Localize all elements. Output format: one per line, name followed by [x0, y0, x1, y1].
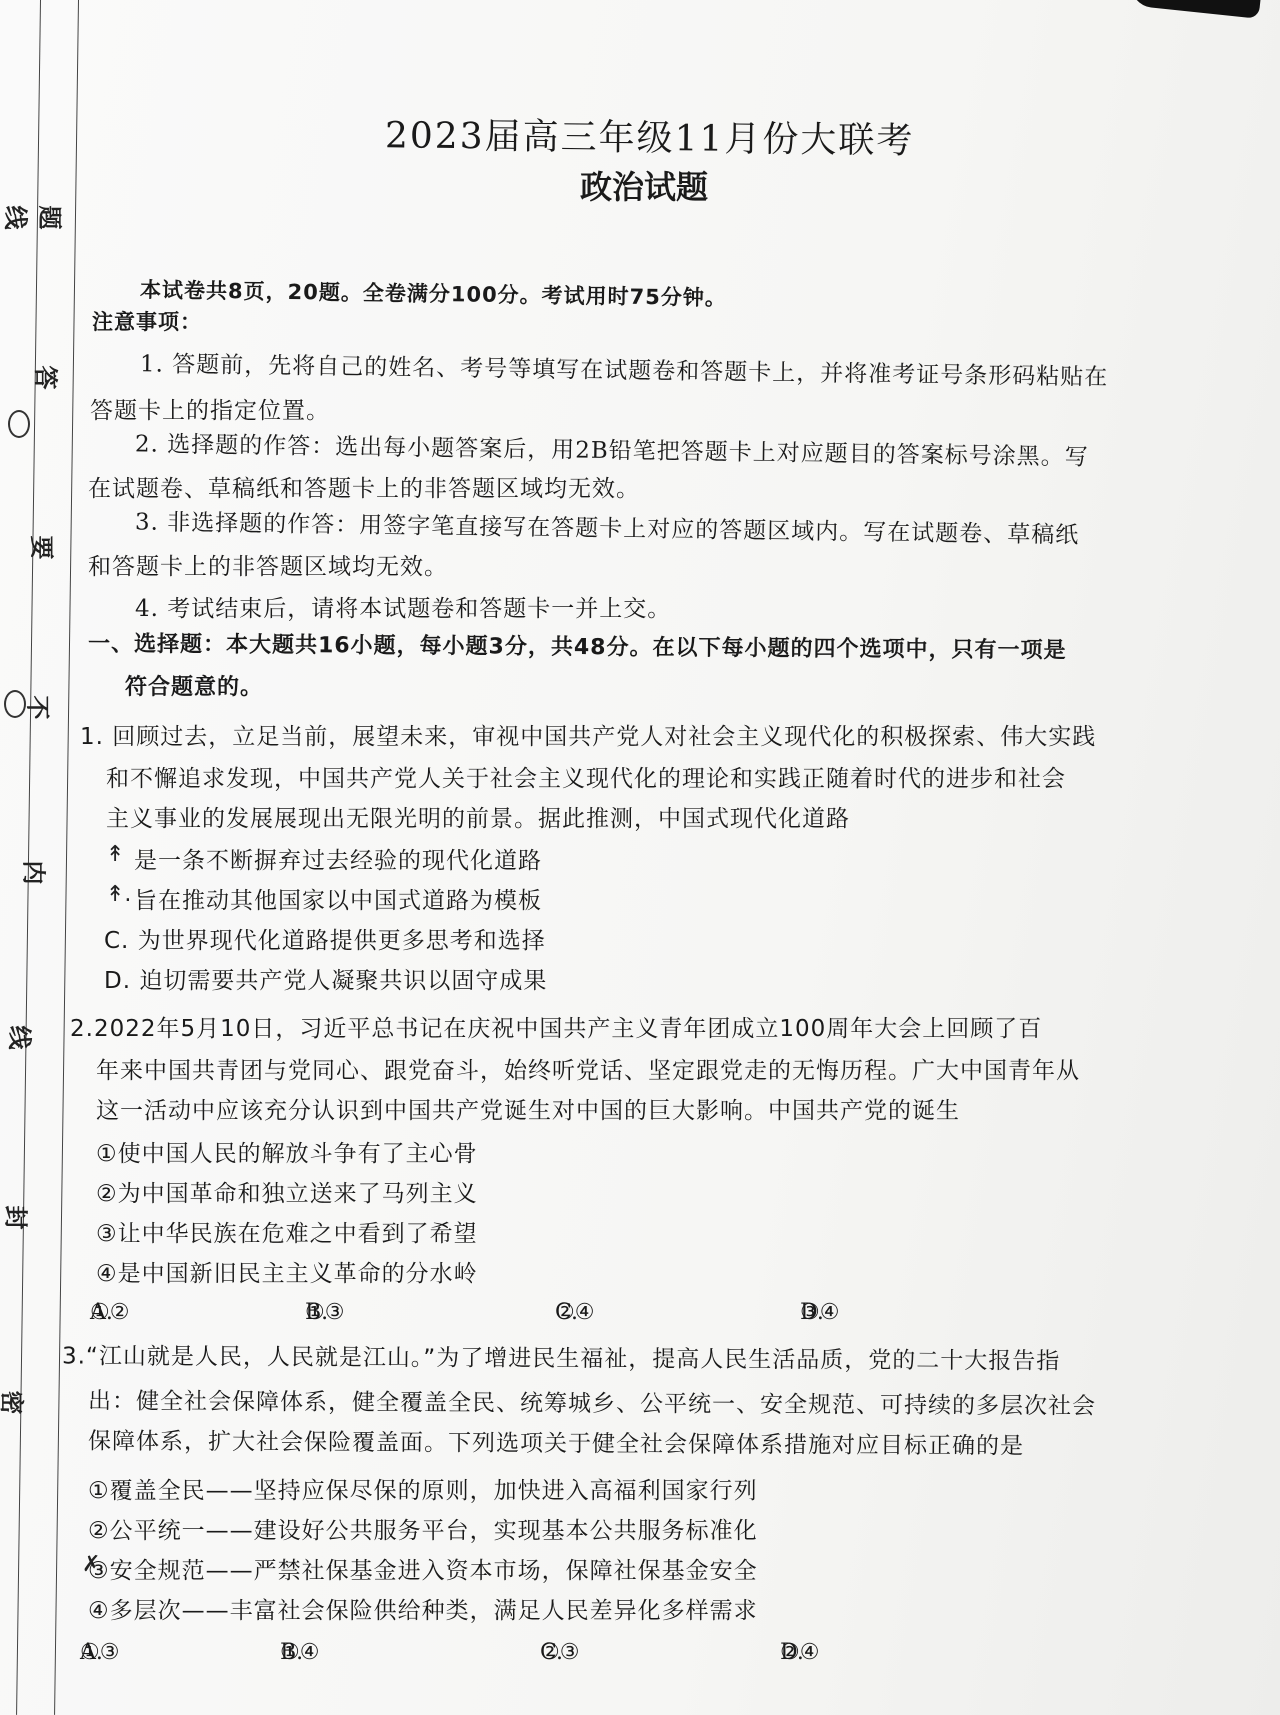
notice-item-3-cont: 和答题卡上的非答题区域均无效。: [88, 548, 448, 581]
q3-stem-line: 保障体系，扩大社会保险覆盖面。下列选项关于健全社会保障体系措施对应目标正确的是: [88, 1423, 1024, 1461]
choice-value: ②③: [540, 1640, 579, 1665]
section-heading: 一、选择题：本大题共16小题，每小题3分，共48分。在以下每小题的四个选项中，只…: [88, 627, 1067, 665]
q2-stem-line: 年来中国共青团与党同心、跟党奋斗，始终听党话、坚定跟党走的无悔历程。广大中国青年…: [96, 1052, 1080, 1085]
choice-value: ①②: [90, 1300, 129, 1325]
choice-value: ②④: [555, 1300, 594, 1325]
option-label: C.: [104, 928, 129, 954]
q3-stem-line: 出：健全社会保障体系，健全覆盖全民、统筹城乡、公平统一、安全规范、可持续的多层次…: [88, 1382, 1096, 1420]
binding-line-inner: [54, 0, 79, 1715]
q2-statement: ①使中国人民的解放斗争有了主心骨: [96, 1135, 478, 1168]
q1-option-c[interactable]: C. 为世界现代化道路提供更多思考和选择: [104, 922, 546, 955]
q1-option-a[interactable]: 是一条不断摒弃过去经验的现代化道路: [134, 842, 542, 875]
choice-value: ②④: [780, 1640, 819, 1665]
q2-statement: ②为中国革命和独立送来了马列主义: [96, 1175, 478, 1208]
q2-statement: ③让中华民族在危难之中看到了希望: [96, 1215, 478, 1248]
exam-meta: 本试卷共8页，20题。全卷满分100分。考试用时75分钟。: [140, 274, 727, 312]
photo-corner-shadow: [1129, 0, 1261, 19]
q1-stem-line: 主义事业的发展展现出无限光明的前景。据此推测，中国式现代化道路: [106, 800, 850, 833]
binding-inner-char: 内: [19, 861, 54, 885]
notice-item-4: 4. 考试结束后，请将本试题卷和答题卡一并上交。: [135, 590, 671, 623]
option-text: 迫切需要共产党人凝聚共识以固守成果: [139, 968, 547, 994]
q3-statement: ④多层次——丰富社会保险供给种类，满足人民差异化多样需求: [88, 1592, 758, 1625]
binding-inner-char: 不: [23, 696, 58, 720]
notice-item-1: 1. 答题前，先将自己的姓名、考号等填写在试题卷和答题卡上，并将准考证号条形码粘…: [140, 345, 1109, 392]
choice-value: ①③: [80, 1640, 119, 1665]
notice-item-2: 2. 选择题的作答：选出每小题答案后，用2B铅笔把答题卡上对应题目的答案标号涂黑…: [135, 425, 1089, 471]
exam-page: 线 题 答 要 不 内 线 封 密 2023届高三年级11月份大联考 政治试题 …: [0, 0, 1280, 1715]
binding-inner-char: 答: [31, 366, 66, 390]
pencil-strike-mark: ↟.: [106, 882, 131, 907]
binding-outer-char: 线: [1, 206, 36, 230]
notice-item-1-cont: 答题卡上的指定位置。: [90, 392, 330, 425]
binding-inner-char: 封: [1, 1206, 36, 1230]
binding-inner-char: 要: [27, 536, 62, 560]
pencil-strike-mark: ↟: [106, 842, 124, 867]
notice-item-3: 3. 非选择题的作答：用签字笔直接写在答题卡上对应的答题区域内。写在试题卷、草稿…: [135, 503, 1080, 549]
choice-value: ①④: [280, 1640, 319, 1665]
binding-line-outer: [16, 0, 41, 1715]
q1-stem-line: 和不懈追求发现，中国共产党人关于社会主义现代化的理论和实践正随着时代的进步和社会: [106, 760, 1066, 793]
choice-value: ①③: [305, 1300, 344, 1325]
section-heading-cont: 符合题意的。: [125, 670, 263, 701]
q3-choices: A.①③ B.①④ C.②③ D.②④: [80, 1640, 1080, 1670]
binding-strip: 线 题 答 要 不 内 线 封 密: [0, 0, 88, 1715]
q1-option-d[interactable]: D. 迫切需要共产党人凝聚共识以固守成果: [104, 962, 547, 995]
q3-statement: ②公平统一——建设好公共服务平台，实现基本公共服务标准化: [88, 1512, 758, 1545]
choice-value: ③④: [800, 1300, 839, 1325]
q2-stem-line: 2.2022年5月10日，习近平总书记在庆祝中国共产主义青年团成立100周年大会…: [70, 1010, 1042, 1043]
q3-stem-line: 3.“江山就是人民，人民就是江山。”为了增进民生福祉，提高人民生活品质，党的二十…: [62, 1337, 1060, 1375]
q2-choices: A.①② B.①③ C.②④ D.③④: [90, 1300, 1090, 1330]
binding-hole-circle: [8, 410, 30, 438]
q1-option-b[interactable]: 旨在推动其他国家以中国式道路为模板: [134, 882, 542, 915]
option-label: D.: [104, 968, 131, 994]
binding-inner-char: 密: [0, 1391, 32, 1415]
q2-stem-line: 这一活动中应该充分认识到中国共产党诞生对中国的巨大影响。中国共产党的诞生: [96, 1092, 960, 1125]
q3-statement: ①覆盖全民——坚持应保尽保的原则，加快进入高福利国家行列: [88, 1472, 758, 1505]
q2-statement: ④是中国新旧民主主义革命的分水岭: [96, 1255, 478, 1288]
notice-item-2-cont: 在试题卷、草稿纸和答题卡上的非答题区域均无效。: [88, 470, 640, 503]
option-text: 为世界现代化道路提供更多思考和选择: [138, 928, 546, 954]
q1-stem-line: 1. 回顾过去，立足当前，展望未来，审视中国共产党人对社会主义现代化的积极探索、…: [80, 718, 1096, 751]
binding-inner-char: 题: [35, 206, 70, 230]
option-text: 旨在推动其他国家以中国式道路为模板: [134, 888, 542, 914]
exam-title: 2023届高三年级11月份大联考: [385, 107, 915, 164]
option-text: 是一条不断摒弃过去经验的现代化道路: [134, 848, 542, 874]
notice-heading: 注意事项：: [92, 306, 202, 336]
q3-statement: ③安全规范——严禁社保基金进入资本市场，保障社保基金安全: [88, 1552, 758, 1585]
binding-inner-char: 线: [5, 1026, 40, 1050]
exam-subject: 政治试题: [580, 162, 708, 208]
